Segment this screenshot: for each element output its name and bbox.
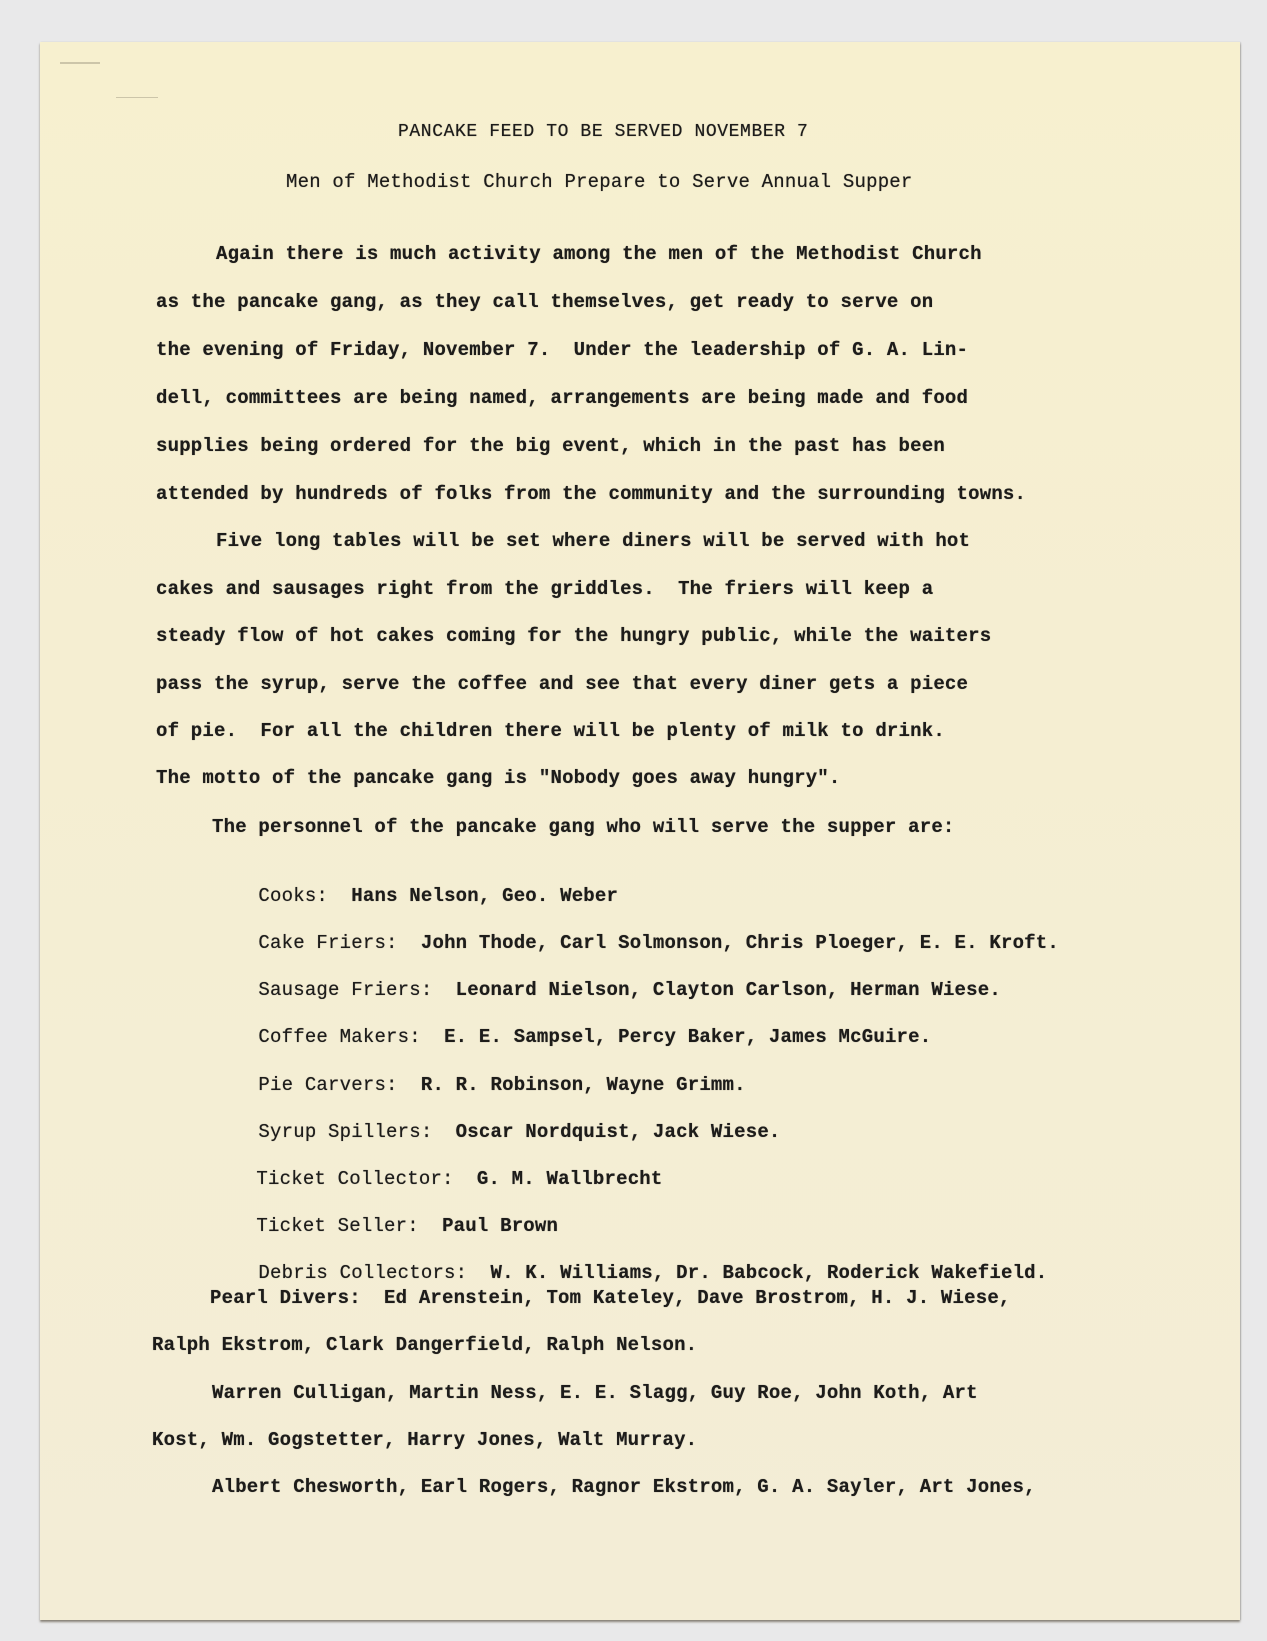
- roster-names: John Thode, Carl Solmonson, Chris Ploege…: [421, 932, 1059, 954]
- roster-names: R. R. Robinson, Wayne Grimm.: [421, 1074, 746, 1096]
- paragraph-2-line: steady flow of hot cakes coming for the …: [156, 625, 991, 647]
- personnel-intro: The personnel of the pancake gang who wi…: [212, 816, 955, 838]
- paper-scuff-mark: [116, 97, 158, 98]
- paragraph-1-line: as the pancake gang, as they call themse…: [156, 291, 933, 313]
- paragraph-1-line: attended by hundreds of folks from the c…: [156, 483, 1026, 505]
- roster-names: Paul Brown: [442, 1215, 558, 1237]
- roster-role: Syrup Spillers:: [258, 1121, 432, 1143]
- roster-names: Hans Nelson, Geo. Weber: [351, 885, 618, 907]
- document-subtitle: Men of Methodist Church Prepare to Serve…: [286, 171, 913, 193]
- roster-role: Coffee Makers:: [258, 1026, 420, 1048]
- roster-role: Debris Collectors:: [258, 1262, 467, 1284]
- paragraph-1-line: supplies being ordered for the big event…: [156, 435, 945, 457]
- paragraph-2-line: cakes and sausages right from the griddl…: [156, 578, 933, 600]
- paragraph-2-line: of pie. For all the children there will …: [156, 720, 945, 742]
- paragraph-2-line: Five long tables will be set where diner…: [216, 530, 970, 552]
- roster-role: Ticket Collector:: [256, 1168, 453, 1190]
- waiters-line: Albert Chesworth, Earl Rogers, Ragnor Ek…: [212, 1476, 1036, 1498]
- waiters-line: Warren Culligan, Martin Ness, E. E. Slag…: [212, 1382, 978, 1404]
- paragraph-1-line: the evening of Friday, November 7. Under…: [156, 339, 968, 361]
- roster-role: Cake Friers:: [258, 932, 397, 954]
- document-title: PANCAKE FEED TO BE SERVED NOVEMBER 7: [398, 122, 808, 142]
- roster-role: Pie Carvers:: [258, 1074, 397, 1096]
- roster-names: W. K. Williams, Dr. Babcock, Roderick Wa…: [490, 1262, 1047, 1284]
- paragraph-2-line: The motto of the pancake gang is "Nobody…: [156, 767, 841, 789]
- roster-names: E. E. Sampsel, Percy Baker, James McGuir…: [444, 1026, 931, 1048]
- roster-names: Oscar Nordquist, Jack Wiese.: [456, 1121, 781, 1143]
- roster-role: Sausage Friers:: [258, 979, 432, 1001]
- pearl-divers-line: Ralph Ekstrom, Clark Dangerfield, Ralph …: [152, 1334, 697, 1356]
- typed-page: PANCAKE FEED TO BE SERVED NOVEMBER 7 Men…: [40, 42, 1240, 1620]
- roster-names: G. M. Wallbrecht: [477, 1168, 663, 1190]
- roster-role: Cooks:: [258, 885, 328, 907]
- roster-names: Leonard Nielson, Clayton Carlson, Herman…: [456, 979, 1001, 1001]
- waiters-line: Kost, Wm. Gogstetter, Harry Jones, Walt …: [152, 1429, 697, 1451]
- paper-scuff-mark: [60, 62, 100, 64]
- pearl-divers-line: Pearl Divers: Ed Arenstein, Tom Kateley,…: [210, 1287, 1011, 1309]
- roster-role: Ticket Seller:: [256, 1215, 418, 1237]
- paragraph-2-line: pass the syrup, serve the coffee and see…: [156, 673, 968, 695]
- paragraph-1-line: Again there is much activity among the m…: [216, 243, 982, 265]
- paragraph-1-line: dell, committees are being named, arrang…: [156, 387, 968, 409]
